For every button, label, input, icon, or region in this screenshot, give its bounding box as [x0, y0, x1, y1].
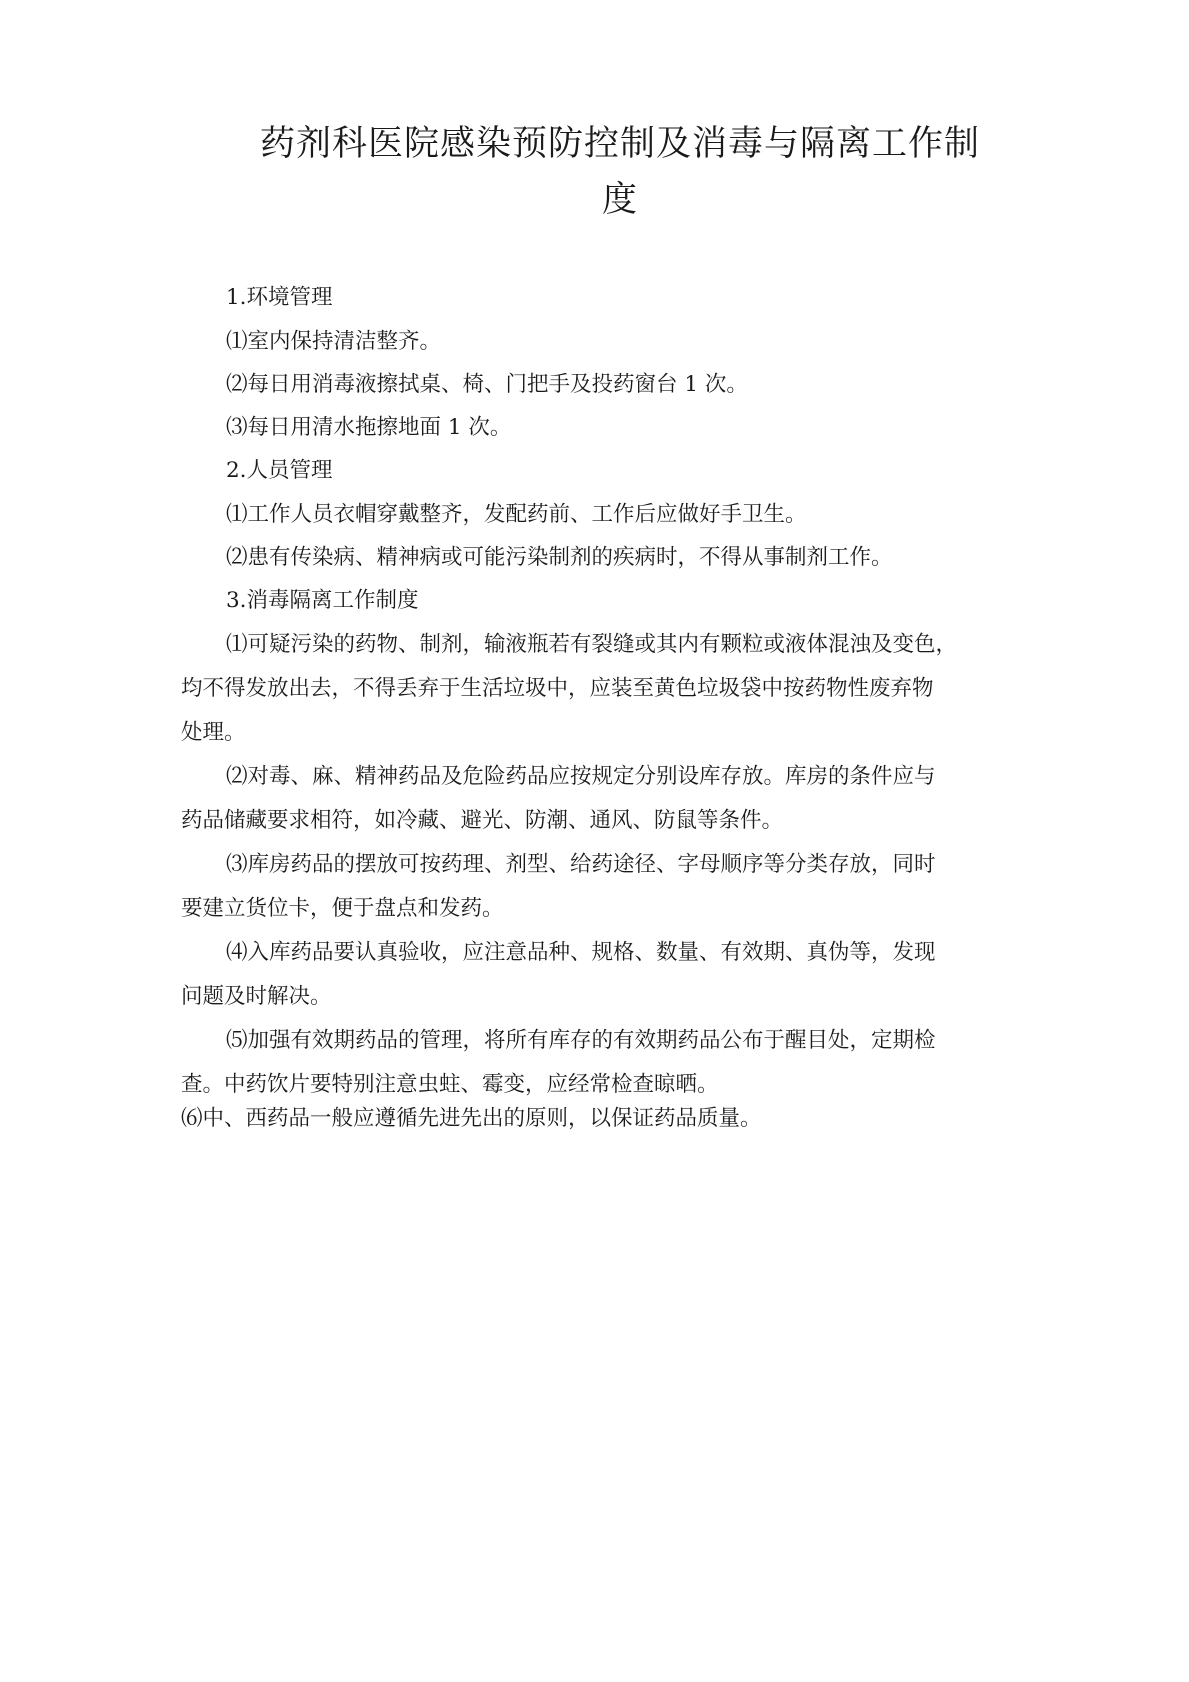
- paragraph-line: ⑸加强有效期药品的管理，将所有库存的有效期药品公布于醒目处，定期检: [181, 1025, 936, 1056]
- paragraph-line: 药品储藏要求相符，如冷藏、避光、防潮、通风、防鼠等条件。: [181, 805, 783, 836]
- document-page: 药剂科医院感染预防控制及消毒与隔离工作制 度 1.环境管理 ⑴室内保持清洁整齐。…: [0, 0, 1189, 1682]
- list-item: ⑵每日用消毒液擦拭桌、椅、门把手及投药窗台 1 次。: [181, 369, 748, 400]
- list-item: ⑵患有传染病、精神病或可能污染制剂的疾病时，不得从事制剂工作。: [181, 542, 893, 573]
- paragraph-line: ⑷入库药品要认真验收，应注意品种、规格、数量、有效期、真伪等，发现: [181, 937, 936, 968]
- section-heading-disinfection: 3.消毒隔离工作制度: [181, 585, 419, 616]
- paragraph-line: 要建立货位卡，便于盘点和发药。: [181, 893, 504, 924]
- document-title-line-1: 药剂科医院感染预防控制及消毒与隔离工作制: [240, 116, 1000, 172]
- paragraph-line: ⑹中、西药品一般应遵循先进先出的原则，以保证药品质量。: [181, 1103, 762, 1134]
- section-heading-personnel: 2.人员管理: [181, 455, 333, 486]
- paragraph-line: 均不得发放出去，不得丢弃于生活垃圾中，应装至黄色垃圾袋中按药物性废弃物: [181, 673, 934, 704]
- list-item: ⑴工作人员衣帽穿戴整齐，发配药前、工作后应做好手卫生。: [181, 499, 807, 530]
- document-title-line-2: 度: [240, 172, 1000, 228]
- paragraph-line: ⑴可疑污染的药物、制剂，输液瓶若有裂缝或其内有颗粒或液体混浊及变色，: [181, 629, 957, 660]
- paragraph-line: 问题及时解决。: [181, 981, 332, 1012]
- paragraph-line: ⑵对毒、麻、精神药品及危险药品应按规定分别设库存放。库房的条件应与: [181, 761, 936, 792]
- paragraph-line: 查。中药饮片要特别注意虫蛀、霉变，应经常检查晾晒。: [181, 1069, 719, 1100]
- section-heading-environment: 1.环境管理: [181, 282, 333, 313]
- paragraph-line: ⑶库房药品的摆放可按药理、剂型、给药途径、字母顺序等分类存放，同时: [181, 849, 936, 880]
- paragraph-line: 处理。: [181, 717, 246, 748]
- list-item: ⑶每日用清水拖擦地面 1 次。: [181, 412, 511, 443]
- list-item: ⑴室内保持清洁整齐。: [181, 326, 441, 357]
